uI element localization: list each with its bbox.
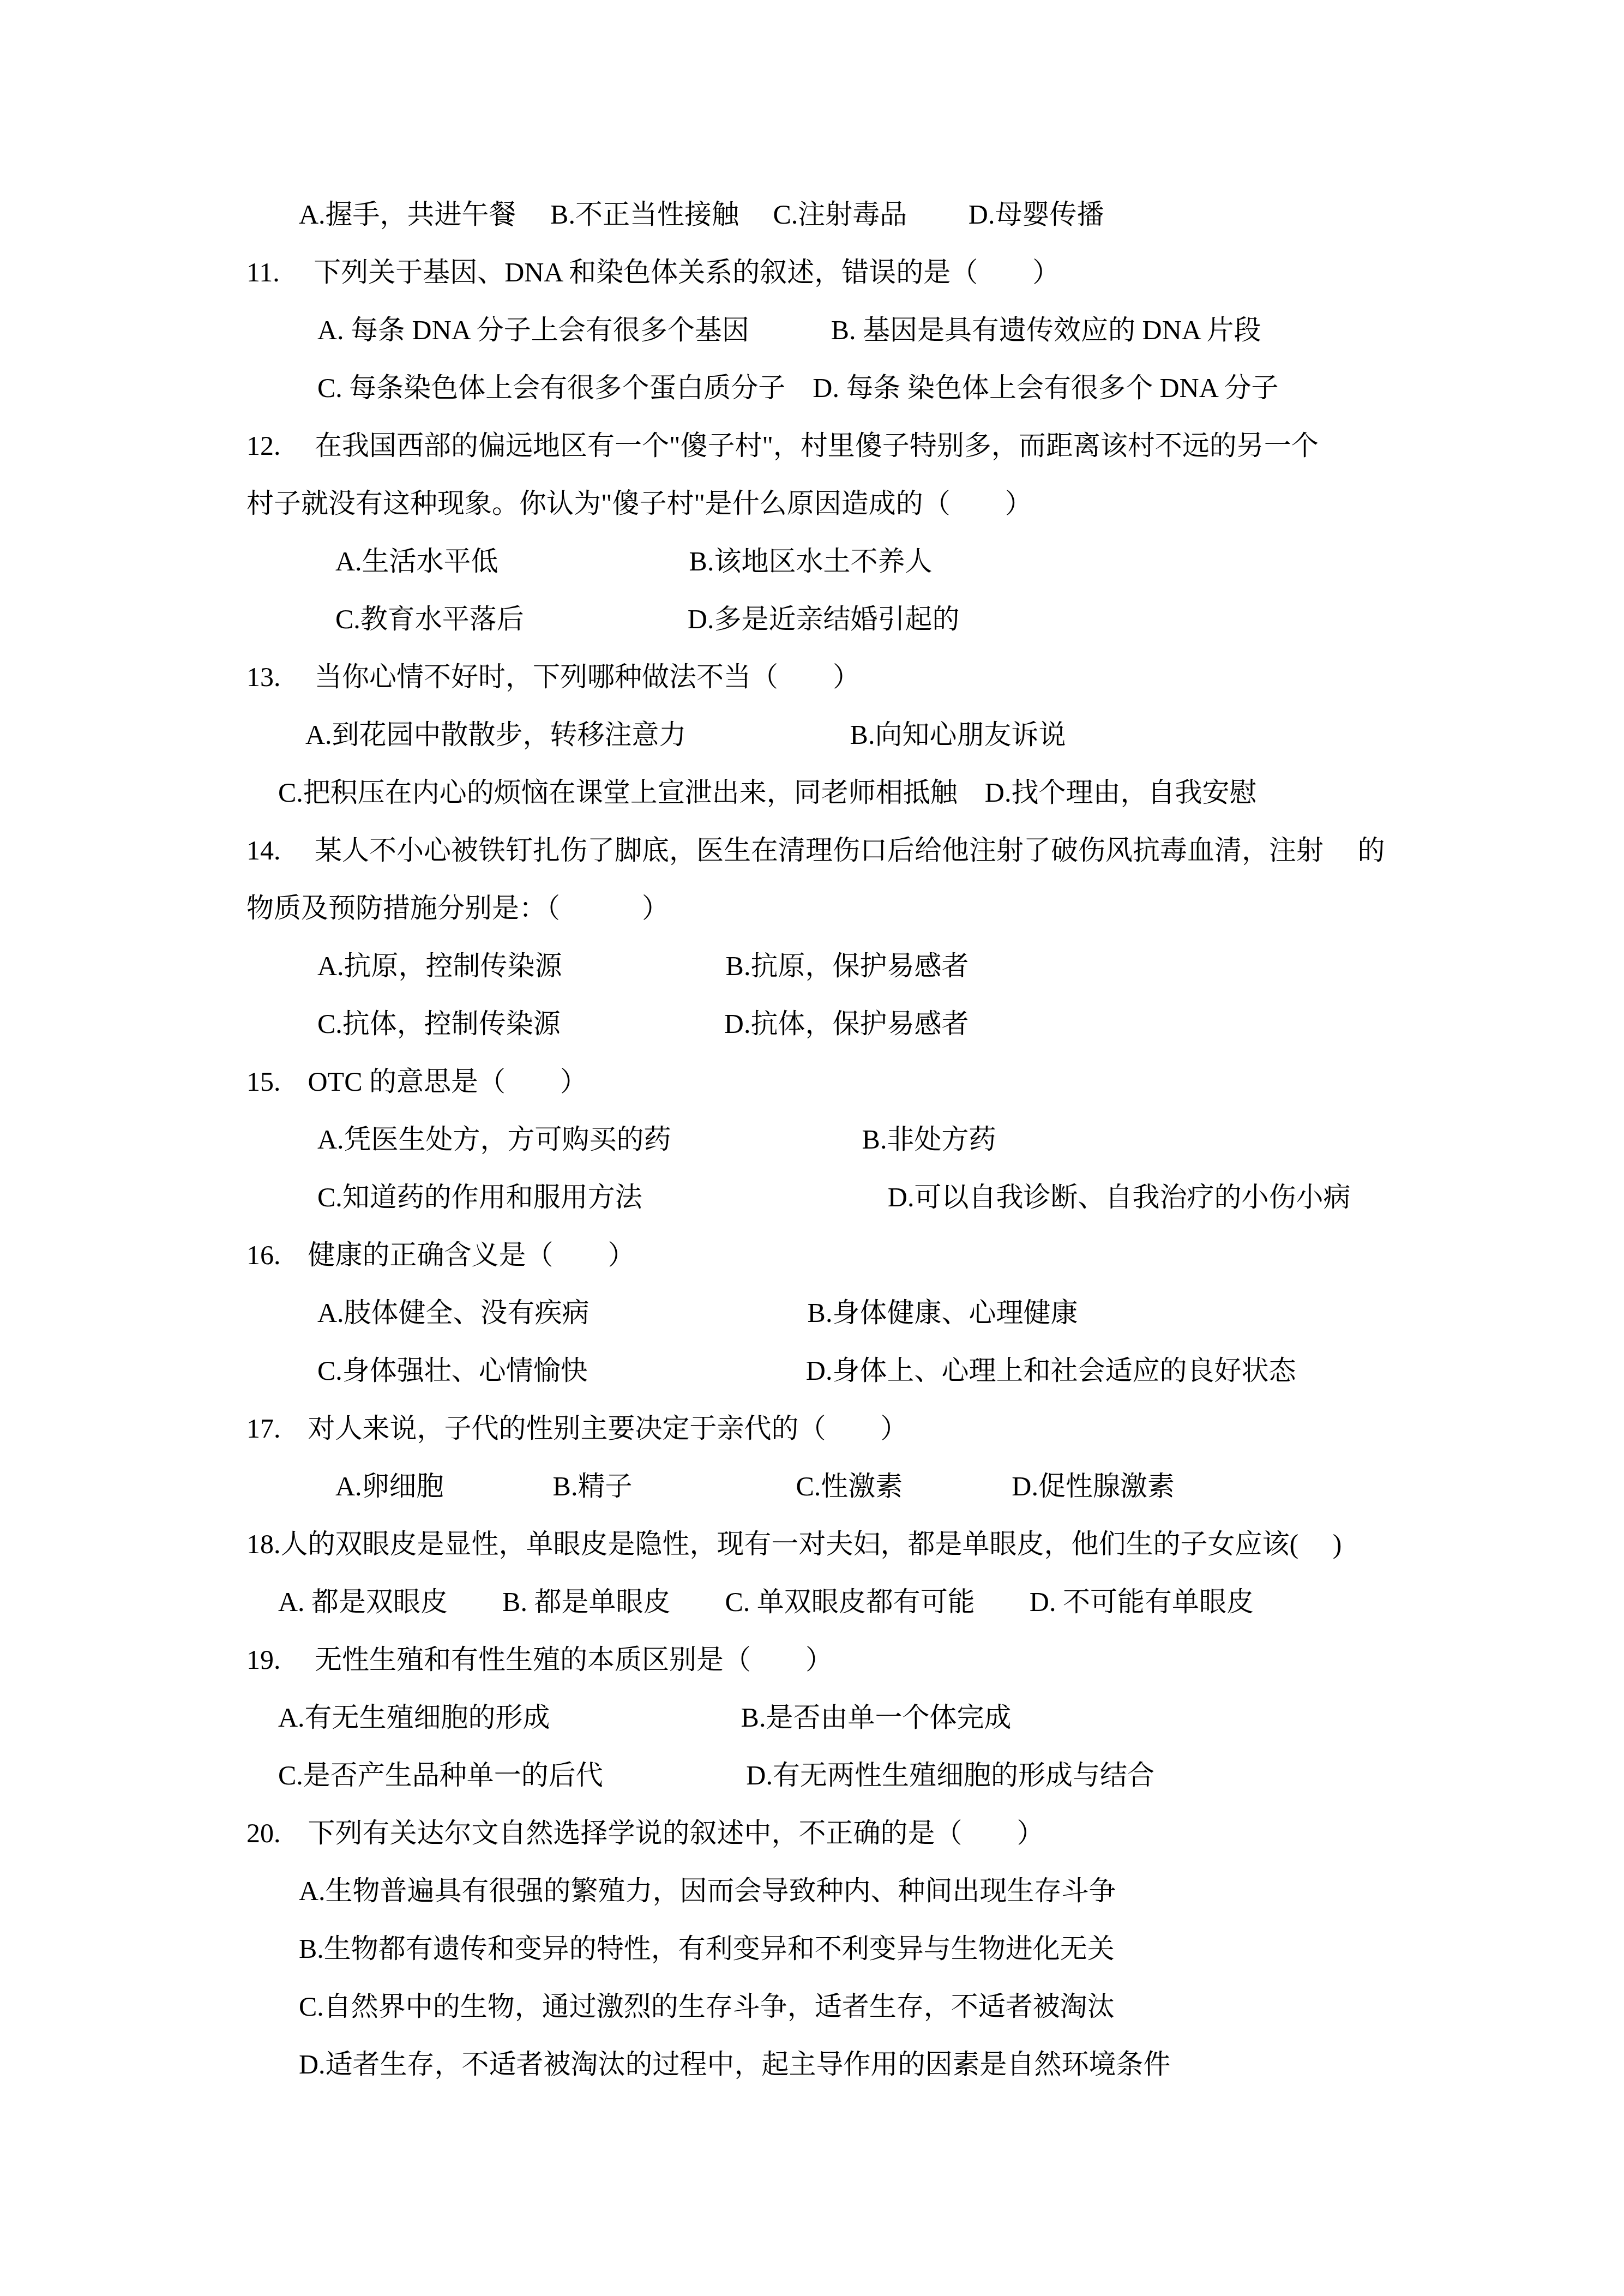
q19-stem: 19. 无性生殖和有性生殖的本质区别是（ ） [246, 1631, 1406, 1688]
q19-options-ab: A.有无生殖细胞的形成 B.是否由单一个体完成 [278, 1688, 1406, 1746]
q15-stem: 15. OTC 的意思是（ ） [246, 1053, 1406, 1110]
q19-options-cd: C.是否产生品种单一的后代 D.有无两性生殖细胞的形成与结合 [278, 1746, 1406, 1804]
q11-stem: 11. 下列关于基因、DNA 和染色体关系的叙述，错误的是（ ） [246, 243, 1406, 301]
q14-options-ab: A.抗原，控制传染源 B.抗原，保护易感者 [317, 937, 1406, 995]
q18-options: A. 都是双眼皮 B. 都是单眼皮 C. 单双眼皮都有可能 D. 不可能有单眼皮 [278, 1573, 1406, 1631]
q12-options-cd: C.教育水平落后 D.多是近亲结婚引起的 [335, 590, 1406, 648]
q20-option-c: C.自然界中的生物，通过激烈的生存斗争，适者生存，不适者被淘汰 [299, 1978, 1406, 2035]
q17-options: A.卵细胞 B.精子 C.性激素 D.促性腺激素 [335, 1457, 1406, 1515]
q20-option-d: D.适者生存，不适者被淘汰的过程中，起主导作用的因素是自然环境条件 [299, 2035, 1406, 2093]
q10-options-line: A.握手，共进午餐 B.不正当性接触 C.注射毒品 D.母婴传播 [299, 185, 1406, 243]
q20-option-a: A.生物普遍具有很强的繁殖力，因而会导致种内、种间出现生存斗争 [299, 1862, 1406, 1920]
q14-stem-line1: 14. 某人不小心被铁钉扎伤了脚底，医生在清理伤口后给他注射了破伤风抗毒血清，注… [246, 821, 1406, 879]
q11-options-cd: C. 每条染色体上会有很多个蛋白质分子 D. 每条 染色体上会有很多个 DNA … [317, 359, 1406, 417]
q17-stem: 17. 对人来说，子代的性别主要决定于亲代的（ ） [246, 1399, 1406, 1457]
q13-options-ab: A.到花园中散散步，转移注意力 B.向知心朋友诉说 [305, 706, 1406, 764]
q11-options-ab: A. 每条 DNA 分子上会有很多个基因 B. 基因是具有遗传效应的 DNA 片… [317, 301, 1406, 359]
q14-stem-line2: 物质及预防措施分别是：（ ） [246, 879, 1406, 937]
q14-options-cd: C.抗体，控制传染源 D.抗体，保护易感者 [317, 995, 1406, 1053]
q12-stem-line2: 村子就没有这种现象。你认为"傻子村"是什么原因造成的（ ） [246, 474, 1406, 532]
q16-options-cd: C.身体强壮、心情愉快 D.身体上、心理上和社会适应的良好状态 [317, 1342, 1406, 1399]
q20-option-b: B.生物都有遗传和变异的特性，有利变异和不利变异与生物进化无关 [299, 1920, 1406, 1978]
q15-options-ab: A.凭医生处方，方可购买的药 B.非处方药 [317, 1110, 1406, 1168]
q18-stem: 18.人的双眼皮是显性，单眼皮是隐性，现有一对夫妇，都是单眼皮，他们生的子女应该… [246, 1515, 1406, 1573]
q15-options-cd: C.知道药的作用和服用方法 D.可以自我诊断、自我治疗的小伤小病 [317, 1168, 1406, 1226]
q13-options-cd: C.把积压在内心的烦恼在课堂上宣泄出来，同老师相抵触 D.找个理由，自我安慰 [278, 764, 1406, 821]
q12-stem-line1: 12. 在我国西部的偏远地区有一个"傻子村"，村里傻子特别多，而距离该村不远的另… [246, 417, 1406, 474]
q20-stem: 20. 下列有关达尔文自然选择学说的叙述中，不正确的是（ ） [246, 1804, 1406, 1862]
q13-stem: 13. 当你心情不好时，下列哪种做法不当（ ） [246, 648, 1406, 706]
q16-options-ab: A.肢体健全、没有疾病 B.身体健康、心理健康 [317, 1284, 1406, 1342]
exam-paper-page: A.握手，共进午餐 B.不正当性接触 C.注射毒品 D.母婴传播 11. 下列关… [0, 0, 1624, 2296]
q12-options-ab: A.生活水平低 B.该地区水土不养人 [335, 532, 1406, 590]
q16-stem: 16. 健康的正确含义是（ ） [246, 1226, 1406, 1284]
